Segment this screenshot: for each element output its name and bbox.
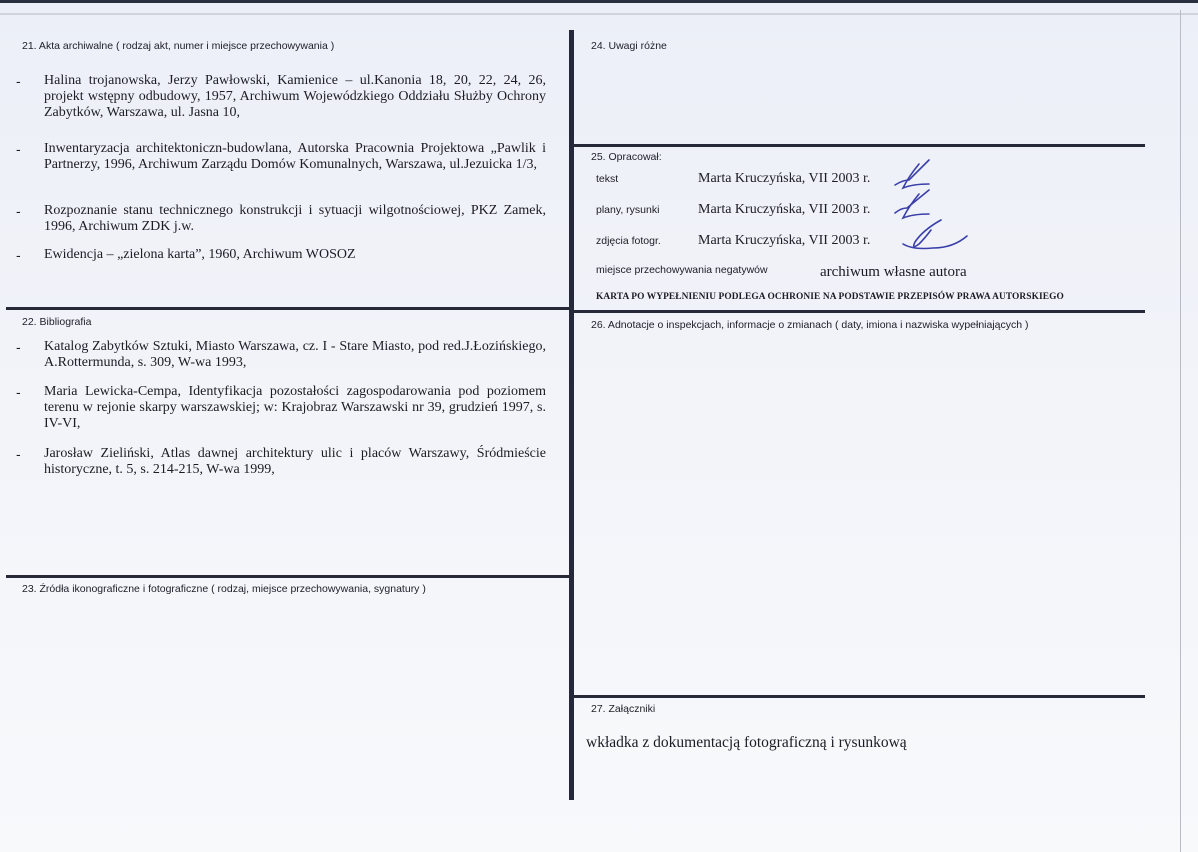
bullet-dash: - (16, 141, 21, 157)
scan-right-edge (1180, 10, 1181, 852)
list-item: - Rozpoznanie stanu technicznego konstru… (16, 203, 546, 235)
section-24-title: 24. Uwagi różne (591, 40, 667, 52)
bullet-dash: - (16, 73, 21, 89)
scan-top-edge (0, 0, 1198, 3)
section-22-title: 22. Bibliografia (22, 316, 91, 328)
signature-icon (893, 158, 973, 268)
divider-26-27 (572, 695, 1145, 698)
section-21-title: 21. Akta archiwalne ( rodzaj akt, numer … (22, 40, 334, 52)
list-item: - Maria Lewicka-Cempa, Identyfikacja poz… (16, 384, 546, 432)
section-26-title: 26. Adnotacje o inspekcjach, informacje … (591, 319, 1029, 331)
list-item: - Katalog Zabytków Sztuki, Miasto Warsza… (16, 339, 546, 371)
section-27-title: 27. Załączniki (591, 703, 655, 715)
list-item: - Inwentaryzacja architektoniczn-budowla… (16, 141, 546, 173)
attachments-value: wkładka z dokumentacją fotograficzną i r… (586, 734, 907, 752)
bullet-dash: - (16, 384, 21, 400)
copyright-notice: KARTA PO WYPEŁNIENIU PODLEGA OCHRONIE NA… (596, 292, 1064, 302)
divider-25-26 (572, 310, 1145, 313)
bullet-dash: - (16, 446, 21, 462)
section-25-title: 25. Opracował: (591, 151, 662, 163)
list-item: - Halina trojanowska, Jerzy Pawłowski, K… (16, 73, 546, 121)
divider-22-23 (6, 575, 572, 578)
list-item: - Jarosław Zieliński, Atlas dawnej archi… (16, 446, 546, 478)
bullet-dash: - (16, 247, 21, 263)
list-item: - Ewidencja – „zielona karta”, 1960, Arc… (16, 247, 546, 263)
divider-24-25 (572, 144, 1145, 147)
section-23-title: 23. Źródła ikonograficzne i fotograficzn… (22, 583, 426, 595)
scan-fold-line (0, 13, 1198, 15)
divider-21-22 (6, 307, 572, 310)
bullet-dash: - (16, 339, 21, 355)
bullet-dash: - (16, 203, 21, 219)
